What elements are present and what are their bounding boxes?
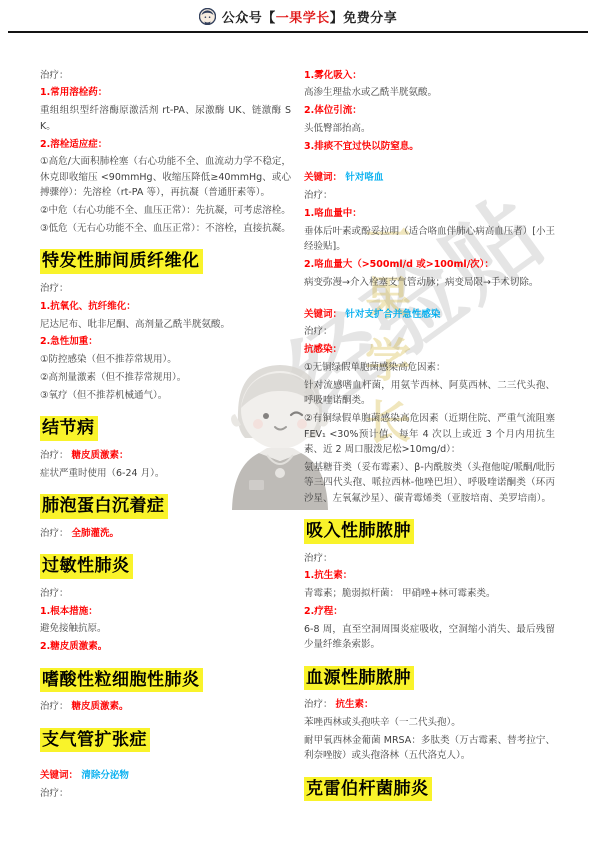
text-run: 重组组织型纤溶酶原激活剂 rt-PA、尿激酶 UK、链激酶 SK。 (40, 105, 291, 131)
text-line: 2.溶栓适应症： (40, 137, 291, 152)
text-run: ①防控感染（但不推荐常规用）。 (40, 354, 177, 365)
text-line: ③低危（无右心功能不全、血压正常）：不溶栓，直接抗凝。 (40, 221, 291, 236)
text-run: 1.常用溶栓药： (40, 87, 107, 98)
section-heading: 结节病 (40, 416, 98, 441)
text-run: 3.排痰不宜过快以防窒息。 (304, 141, 419, 152)
text-line: 治疗： 全肺灌洗。 (40, 526, 291, 541)
text-run: 治疗： (40, 528, 72, 539)
text-line: 青霉素；脆弱拟杆菌： 甲硝唑+林可霉素类。 (304, 586, 555, 601)
text-run: 关键词： (304, 172, 345, 183)
title-prefix: 公众号【 (222, 11, 276, 26)
text-line: 避免接触抗原。 (40, 621, 291, 636)
text-line: 1.常用溶栓药： (40, 85, 291, 100)
text-line: ①高危/大面积肺栓塞（右心功能不全、血流动力学不稳定，休克即收缩压 <90mmH… (40, 154, 291, 200)
text-line: 针对流感嗜血杆菌，用氨苄西林、阿莫西林、二三代头孢、呼吸喹诺酮类。 (304, 378, 555, 409)
text-line: ③氧疗（但不推荐机械通气）。 (40, 388, 291, 403)
text-run: ③低危（无右心功能不全、血压正常）：不溶栓，直接抗凝。 (40, 223, 291, 234)
text-line: 病变弥漫→介入栓塞支气管动脉；病变局限→手术切除。 (304, 275, 555, 290)
text-run: 2.溶栓适应症： (40, 139, 107, 150)
section-heading: 吸入性肺脓肿 (304, 519, 414, 544)
brand-name: 一果学长 (276, 11, 330, 26)
notes-body: 治疗：1.常用溶栓药：重组组织型纤溶酶原激活剂 rt-PA、尿激酶 UK、链激酶… (0, 65, 596, 808)
text-line: ①防控感染（但不推荐常规用）。 (40, 352, 291, 367)
text-run: 垂体后叶素或酚妥拉明（适合咯血伴肺心病高血压者）[小王经验贴]。 (304, 226, 555, 252)
text-line: 苯唑西林或头孢呋辛（一二代头孢）。 (304, 715, 555, 730)
section-heading: 肺泡蛋白沉着症 (40, 494, 168, 519)
text-run: ②有铜绿假单胞菌感染高危因素（近期住院、严重气流阻塞 FEV₁ <30%预计值、… (304, 413, 555, 455)
document-page: 公众号【一果学长】免费分享 经验贴 一果学长 治疗：1.常用溶栓药：重组组织型纤… (0, 0, 596, 842)
text-run: ③氧疗（但不推荐机械通气）。 (40, 390, 167, 401)
text-run: 清除分泌物 (81, 770, 129, 781)
section-heading: 克雷伯杆菌肺炎 (304, 777, 432, 802)
text-run: 糖皮质激素。 (72, 701, 129, 712)
text-line: 1.抗氧化、抗纤维化： (40, 299, 291, 314)
text-run: 关键词： (304, 309, 345, 320)
text-line: 治疗： (304, 188, 555, 203)
text-line: ②高剂量激素（但不推荐常规用）。 (40, 370, 291, 385)
text-line: 重组组织型纤溶酶原激活剂 rt-PA、尿激酶 UK、链激酶 SK。 (40, 103, 291, 134)
text-line: 治疗： (40, 586, 291, 601)
text-line: 1.雾化吸入： (304, 68, 555, 83)
text-run: 关键词： (40, 770, 81, 781)
text-run: 青霉素；脆弱拟杆菌： 甲硝唑+林可霉素类。 (304, 588, 495, 599)
text-line: 3.排痰不宜过快以防窒息。 (304, 139, 555, 154)
text-line: 治疗： (40, 786, 291, 801)
text-line: 尼达尼布、吡非尼酮、高剂量乙酰半胱氨酸。 (40, 317, 291, 332)
text-run: ①无铜绿假单胞菌感染高危因素： (304, 362, 446, 373)
keyword-line: 关键词： 针对支扩合并急性感染 (304, 307, 555, 322)
text-run: 治疗： (40, 588, 69, 599)
text-run: 高渗生理盐水或乙酰半胱氨酸。 (304, 87, 437, 98)
text-run: 2.糖皮质激素。 (40, 641, 107, 652)
text-run: 2.体位引流： (304, 105, 362, 116)
text-run: 1.抗氧化、抗纤维化： (40, 301, 136, 312)
text-line: 治疗： (304, 551, 555, 566)
text-line: 2.咯血量大（>500ml/d 或>100ml/次）： (304, 257, 555, 272)
text-line: 耐甲氧西林金葡菌 MRSA：多肽类（万古霉素、替考拉宁、利奈唑胺）或头孢洛林（五… (304, 733, 555, 764)
section-heading: 嗜酸性粒细胞性肺炎 (40, 668, 203, 693)
text-run: 治疗： (40, 788, 69, 799)
text-run: 治疗： (304, 553, 333, 564)
text-line: 2.急性加重： (40, 334, 291, 349)
text-run: 症状严重时使用（6-24 月）。 (40, 468, 164, 479)
text-run: 全肺灌洗。 (72, 528, 120, 539)
text-line: 1.咯血量中： (304, 206, 555, 221)
text-run: 6-8 周，直至空洞周围炎症吸收，空洞缩小消失、最后残留少量纤维条索影。 (304, 624, 555, 650)
text-line: 2.糖皮质激素。 (40, 639, 291, 654)
text-run: 1.抗生素： (304, 570, 352, 581)
text-run: 治疗： (304, 326, 333, 337)
header-divider (8, 31, 588, 33)
text-run: 针对咯血 (345, 172, 383, 183)
text-line: 症状严重时使用（6-24 月）。 (40, 466, 291, 481)
text-line: 治疗： 抗生素： (304, 697, 555, 712)
avatar-icon (199, 8, 216, 25)
keyword-line: 关键词： 清除分泌物 (40, 768, 291, 783)
text-run: 1.雾化吸入： (304, 70, 362, 81)
text-line: 高渗生理盐水或乙酰半胱氨酸。 (304, 85, 555, 100)
text-line: 治疗： (304, 324, 555, 339)
text-run: 2.咯血量大（>500ml/d 或>100ml/次）： (304, 259, 494, 270)
text-line: 治疗： (40, 281, 291, 296)
text-line: 抗感染： (304, 342, 555, 357)
section-heading: 过敏性肺炎 (40, 554, 133, 579)
text-run: 头低臀部抬高。 (304, 123, 371, 134)
text-line: 1.根本措施： (40, 604, 291, 619)
keyword-line: 关键词： 针对咯血 (304, 170, 555, 185)
text-line: 治疗： 糖皮质激素： (40, 448, 291, 463)
text-run: 治疗： (40, 450, 72, 461)
text-line: 头低臀部抬高。 (304, 121, 555, 136)
text-line: 2.体位引流： (304, 103, 555, 118)
page-title: 公众号【一果学长】免费分享 (222, 7, 398, 26)
text-run: ②高剂量激素（但不推荐常规用）。 (40, 372, 186, 383)
text-run: 针对支扩合并急性感染 (345, 309, 440, 320)
text-run: 抗感染： (304, 344, 342, 355)
text-run: 1.咯血量中： (304, 208, 362, 219)
text-run: 苯唑西林或头孢呋辛（一二代头孢）。 (304, 717, 461, 728)
section-heading: 支气管扩张症 (40, 728, 150, 753)
text-run: 1.根本措施： (40, 606, 98, 617)
page-header: 公众号【一果学长】免费分享 (0, 0, 596, 26)
text-run: 尼达尼布、吡非尼酮、高剂量乙酰半胱氨酸。 (40, 319, 230, 330)
text-run: 治疗： (304, 190, 333, 201)
text-run: 2.急性加重： (40, 336, 98, 347)
text-run: 2.疗程： (304, 606, 343, 617)
text-line: ②有铜绿假单胞菌感染高危因素（近期住院、严重气流阻塞 FEV₁ <30%预计值、… (304, 411, 555, 457)
text-line: 治疗： (40, 68, 291, 83)
text-run: 避免接触抗原。 (40, 623, 107, 634)
notes-column-left: 治疗：1.常用溶栓药：重组组织型纤溶酶原激活剂 rt-PA、尿激酶 UK、链激酶… (40, 65, 291, 808)
text-run: 针对流感嗜血杆菌，用氨苄西林、阿莫西林、二三代头孢、呼吸喹诺酮类。 (304, 380, 555, 406)
text-line: 治疗： 糖皮质激素。 (40, 699, 291, 714)
text-run: 病变弥漫→介入栓塞支气管动脉；病变局限→手术切除。 (304, 277, 538, 288)
text-run: ①高危/大面积肺栓塞（右心功能不全、血流动力学不稳定，休克即收缩压 <90mmH… (40, 156, 291, 198)
text-line: 1.抗生素： (304, 568, 555, 583)
text-line: ②中危（右心功能不全、血压正常）：先抗凝，可考虑溶栓。 (40, 203, 291, 218)
text-run: 治疗： (40, 701, 72, 712)
text-run: 氨基糖苷类（妥布霉素）、β-内酰胺类（头孢他啶/哌酮/吡肟等三四代头孢、哌拉西林… (304, 462, 555, 504)
section-heading: 血源性肺脓肿 (304, 666, 414, 691)
section-heading: 特发性肺间质纤维化 (40, 249, 203, 274)
notes-column-right: 1.雾化吸入：高渗生理盐水或乙酰半胱氨酸。2.体位引流：头低臀部抬高。3.排痰不… (304, 65, 555, 808)
text-line: 垂体后叶素或酚妥拉明（适合咯血伴肺心病高血压者）[小王经验贴]。 (304, 224, 555, 255)
text-run: ②中危（右心功能不全、血压正常）：先抗凝，可考虑溶栓。 (40, 205, 291, 216)
text-run: 治疗： (40, 283, 69, 294)
text-line: 氨基糖苷类（妥布霉素）、β-内酰胺类（头孢他啶/哌酮/吡肟等三四代头孢、哌拉西林… (304, 460, 555, 506)
text-line: ①无铜绿假单胞菌感染高危因素： (304, 360, 555, 375)
text-run: 糖皮质激素： (72, 450, 129, 461)
text-line: 6-8 周，直至空洞周围炎症吸收，空洞缩小消失、最后残留少量纤维条索影。 (304, 622, 555, 653)
text-run: 抗生素： (336, 699, 374, 710)
text-run: 耐甲氧西林金葡菌 MRSA：多肽类（万古霉素、替考拉宁、利奈唑胺）或头孢洛林（五… (304, 735, 555, 761)
text-run: 治疗： (40, 70, 69, 81)
text-line: 2.疗程： (304, 604, 555, 619)
title-suffix: 】免费分享 (330, 11, 398, 26)
text-run: 治疗： (304, 699, 336, 710)
